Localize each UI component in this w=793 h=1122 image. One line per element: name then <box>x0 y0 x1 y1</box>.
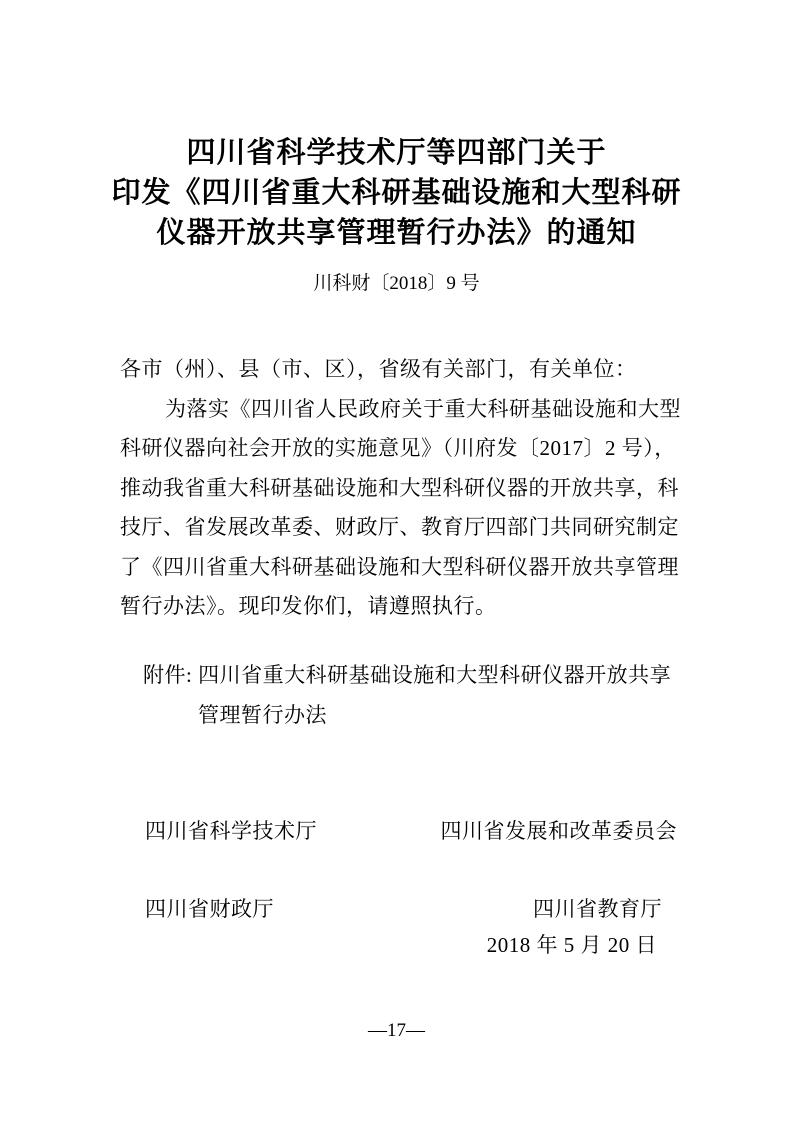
document-page: 四川省科学技术厅等四部门关于 印发《四川省重大科研基础设施和大型科研 仪器开放共… <box>0 0 793 1122</box>
attachment-title-part2: 管理暂行办法 <box>198 703 327 727</box>
document-title: 四川省科学技术厅等四部门关于 印发《四川省重大科研基础设施和大型科研 仪器开放共… <box>55 133 738 253</box>
attachment-label: 附件: <box>143 663 192 687</box>
document-number: 川科财〔2018〕9 号 <box>0 268 793 295</box>
signature-finance-dept: 四川省财政厅 <box>145 893 274 923</box>
signature-science-tech-dept: 四川省科学技术厅 <box>145 815 317 845</box>
attachment-section: 附件: 四川省重大科研基础设施和大型科研仪器开放共享 管理暂行办法 <box>120 655 680 735</box>
body-line: 暂行办法》。现印发你们，请遵照执行。 <box>120 587 680 627</box>
body-line: 推动我省重大科研基础设施和大型科研仪器的开放共享，科 <box>120 469 680 509</box>
body-line: 技厅、省发展改革委、财政厅、教育厅四部门共同研究制定 <box>120 508 680 548</box>
body-line: 了《四川省重大科研基础设施和大型科研仪器开放共享管理 <box>120 548 680 588</box>
salutation-line: 各市（州）、县（市、区），省级有关部门，有关单位： <box>120 350 680 390</box>
attachment-title-part1: 四川省重大科研基础设施和大型科研仪器开放共享 <box>198 663 671 687</box>
document-body: 各市（州）、县（市、区），省级有关部门，有关单位： 为落实《四川省人民政府关于重… <box>120 350 680 627</box>
signature-development-reform-commission: 四川省发展和改革委员会 <box>441 815 678 845</box>
title-line-3: 仪器开放共享管理暂行办法》的通知 <box>55 213 738 253</box>
body-line: 为落实《四川省人民政府关于重大科研基础设施和大型 <box>120 390 680 430</box>
page-number: —17— <box>0 1020 793 1042</box>
body-line: 科研仪器向社会开放的实施意见》（川府发〔2017〕2 号）， <box>120 429 680 469</box>
document-date: 2018 年 5 月 20 日 <box>487 929 657 959</box>
title-line-1: 四川省科学技术厅等四部门关于 <box>55 133 738 173</box>
attachment-line: 附件: 四川省重大科研基础设施和大型科研仪器开放共享 <box>120 655 680 695</box>
title-line-2: 印发《四川省重大科研基础设施和大型科研 <box>55 173 738 213</box>
signature-education-dept: 四川省教育厅 <box>533 893 662 923</box>
attachment-line: 管理暂行办法 <box>120 695 680 735</box>
